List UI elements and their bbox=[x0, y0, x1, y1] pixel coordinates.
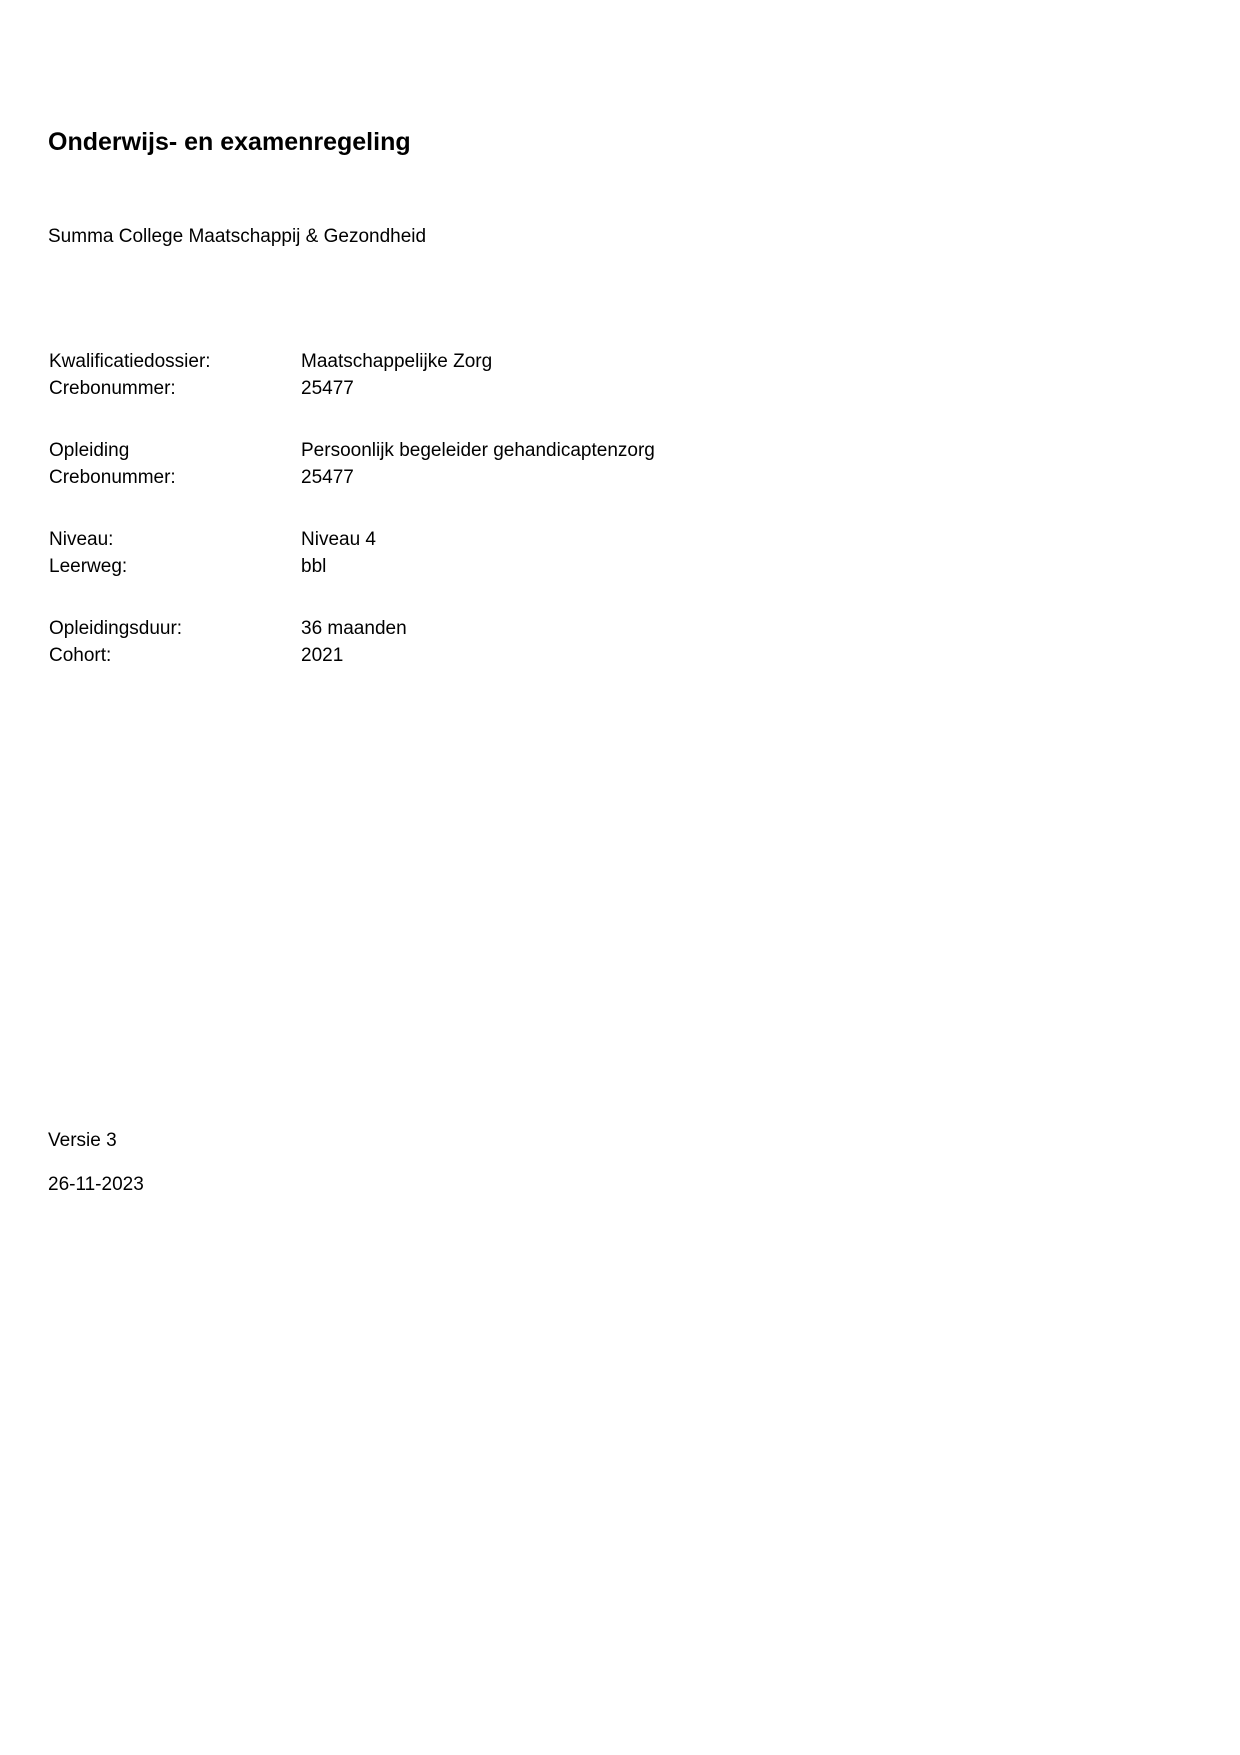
level-group: Niveau: Niveau 4 Leerweg: bbl bbox=[49, 527, 376, 580]
info-row-cohort: Cohort: 2021 bbox=[49, 643, 407, 670]
info-row-crebo-number: Crebonummer: 25477 bbox=[49, 376, 492, 403]
info-value: Persoonlijk begeleider gehandicaptenzorg bbox=[301, 438, 655, 465]
info-row-education-program: Opleiding Persoonlijk begeleider gehandi… bbox=[49, 438, 655, 465]
info-value: 25477 bbox=[301, 376, 354, 403]
info-value: 36 maanden bbox=[301, 616, 407, 643]
qualification-dossier-group: Kwalificatiedossier: Maatschappelijke Zo… bbox=[49, 349, 492, 402]
info-label: Kwalificatiedossier: bbox=[49, 349, 301, 376]
info-row-duration: Opleidingsduur: 36 maanden bbox=[49, 616, 407, 643]
info-row-crebo-number: Crebonummer: 25477 bbox=[49, 465, 655, 492]
info-label: Niveau: bbox=[49, 527, 301, 554]
info-value: Niveau 4 bbox=[301, 527, 376, 554]
document-date: 26-11-2023 bbox=[48, 1175, 144, 1194]
info-label: Crebonummer: bbox=[49, 376, 301, 403]
version-label: Versie 3 bbox=[48, 1131, 117, 1150]
info-label: Crebonummer: bbox=[49, 465, 301, 492]
info-row-learning-path: Leerweg: bbl bbox=[49, 554, 376, 581]
document-title: Onderwijs- en examenregeling bbox=[48, 130, 411, 155]
info-value: 2021 bbox=[301, 643, 343, 670]
info-label: Leerweg: bbox=[49, 554, 301, 581]
education-program-group: Opleiding Persoonlijk begeleider gehandi… bbox=[49, 438, 655, 491]
info-value: bbl bbox=[301, 554, 326, 581]
info-label: Opleidingsduur: bbox=[49, 616, 301, 643]
duration-group: Opleidingsduur: 36 maanden Cohort: 2021 bbox=[49, 616, 407, 669]
info-value: Maatschappelijke Zorg bbox=[301, 349, 492, 376]
info-label: Opleiding bbox=[49, 438, 301, 465]
institution-name: Summa College Maatschappij & Gezondheid bbox=[48, 227, 426, 246]
info-row-qualification-dossier: Kwalificatiedossier: Maatschappelijke Zo… bbox=[49, 349, 492, 376]
info-label: Cohort: bbox=[49, 643, 301, 670]
info-value: 25477 bbox=[301, 465, 354, 492]
info-row-level: Niveau: Niveau 4 bbox=[49, 527, 376, 554]
